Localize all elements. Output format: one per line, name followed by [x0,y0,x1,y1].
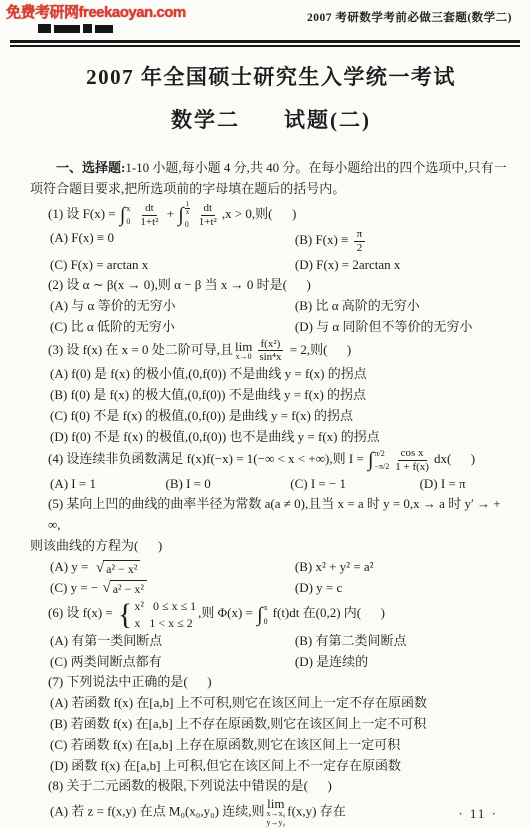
section-instructions: 一、选择题:1-10 小题,每小题 4 分,共 40 分。在每小题给出的四个选项… [30,157,512,199]
option: (B) 若函数 f(x) 在[a,b] 上不存在原函数,则它在该区间上一定不可积 [50,714,512,735]
limit-subscript-line: y→y₀ [266,819,285,828]
option: (D) 与 α 同阶但不等价的无穷小 [295,317,512,338]
option: (A) I = 1 [50,474,166,495]
fraction-numerator: f(x²) [258,338,284,352]
fraction: f(x²)sin⁴x [256,338,284,364]
option: (D) F(x) = 2arctan x [295,255,512,276]
integral-upper-limit: 1x [185,201,193,217]
question-options: (A) I = 1(B) I = 0(C) I = − 1(D) I = π [30,474,512,495]
question: (7) 下列说法中正确的是( )(A) 若函数 f(x) 在[a,b] 上不可积… [30,672,512,776]
exam-subtitle: 数学二 试题(二) [30,104,512,134]
question: (2) 设 α ∼ β(x → 0),则 α − β 当 x → 0 时是( )… [30,275,512,337]
option: (D) 是连续的 [295,652,512,673]
cases-line: x 1 < x ≤ 2 [134,615,196,631]
fraction-numerator: dt [201,202,216,216]
integral-lower-limit: 0 [185,220,193,229]
fraction-denominator: 2 [354,242,366,255]
option: (A) 若 z = f(x,y) 在点 M₀(x₀,y₀) 连续,则limx→x… [50,797,512,828]
header-booklet-title: 2007 考研数学考前必做三套题(数学二) [307,9,512,25]
question: (5) 某向上凹的曲线的曲率半径为常数 a(a ≠ 0),且当 x = a 时 … [30,494,512,598]
fraction-numerator: dt [142,202,157,216]
radicand: a² − x² [103,560,140,576]
option: (B) 比 α 高阶的无穷小 [295,296,512,317]
option: (D) y = c [295,578,512,599]
integral-sign: ∫ [368,450,373,470]
integral-lower-limit: 0 [126,217,134,226]
exam-subject: 数学二 [171,104,240,134]
limit: limx→x₀y→y₀ [266,797,285,828]
option: (C) F(x) = arctan x [50,255,295,276]
radicand: a² − x² [110,580,147,596]
question-options: (A) 有第一类间断点(B) 有第二类间断点(C) 两类间断点都有(D) 是连续… [30,631,512,673]
question-stem: (4) 设连续非负函数满足 f(x)f(−x) = 1(−∞ < x < +∞)… [30,447,512,473]
fraction: 1x [185,201,191,217]
option: (A) 有第一类间断点 [50,631,295,652]
option: (A) 若函数 f(x) 在[a,b] 上不可积,则它在该区间上一定不存在原函数 [50,693,512,714]
exam-title: 2007 年全国硕士研究生入学统一考试 [30,61,512,91]
option: (B) I = 0 [166,474,291,495]
piecewise-cases: {x² 0 ≤ x ≤ 1x 1 < x ≤ 2 [118,598,196,630]
square-root: √a² − x² [96,560,141,577]
question-stem: (3) 设 f(x) 在 x = 0 处二阶可导,且limx→0f(x²)sin… [30,338,512,364]
questions: (1) 设 F(x) = ∫x0dt1+t² + ∫1x0dt1+t²,x > … [30,202,512,828]
question: (8) 关于二元函数的极限,下列说法中错误的是( )(A) 若 z = f(x,… [30,776,512,827]
option: (A) f(0) 是 f(x) 的极小值,(0,f(0)) 不是曲线 y = f… [50,364,512,385]
cases-brace: { [118,603,132,627]
integral-upper-limit: x [264,603,272,612]
question-stem: (2) 设 α ∼ β(x → 0),则 α − β 当 x → 0 时是( ) [30,275,512,296]
option: (B) F(x) ≡ π2 [295,228,512,254]
exam-page: 免费考研网freekaoyan.com 2007 考研数学考前必做三套题(数学二… [0,0,530,828]
exam-paper-number: 试题(二) [284,104,371,134]
option: (C) y = − √a² − x² [50,578,295,599]
integral-limits: x0 [126,206,134,224]
question-stem: (1) 设 F(x) = ∫x0dt1+t² + ∫1x0dt1+t²,x > … [30,202,512,228]
option: (C) f(0) 不是 f(x) 的极值,(0,f(0)) 是曲线 y = f(… [50,406,512,427]
question-options: (A) 与 α 等价的无穷小(B) 比 α 高阶的无穷小(C) 比 α 低阶的无… [30,296,512,338]
page-number: · 11 · [458,806,498,822]
fraction: dt1+t² [137,202,161,228]
question-options: (A) f(0) 是 f(x) 的极小值,(0,f(0)) 不是曲线 y = f… [30,364,512,447]
question: (6) 设 f(x) = {x² 0 ≤ x ≤ 1x 1 < x ≤ 2,则 … [30,598,512,672]
question: (4) 设连续非负函数满足 f(x)f(−x) = 1(−∞ < x < +∞)… [30,447,512,494]
cases-line: x² 0 ≤ x ≤ 1 [134,598,196,614]
option: (A) F(x) ≡ 0 [50,228,295,254]
square-root: √a² − x² [103,580,148,597]
option: (B) x² + y² = a² [295,557,512,578]
fraction-denominator: sin⁴x [256,351,284,364]
fraction: cos x1 + f(x) [392,447,432,473]
question-options: (A) 若函数 f(x) 在[a,b] 上不可积,则它在该区间上一定不存在原函数… [30,693,512,776]
fraction-denominator: x [185,209,191,216]
question: (3) 设 f(x) 在 x = 0 处二阶可导,且limx→0f(x²)sin… [30,338,512,447]
integral: ∫x0 [257,605,271,625]
fraction-denominator: 1+t² [137,216,161,229]
integral-limits: x0 [264,605,272,623]
option: (B) f(0) 是 f(x) 的极大值,(0,f(0)) 不是曲线 y = f… [50,385,512,406]
question-stem: (5) 某向上凹的曲线的曲率半径为常数 a(a ≠ 0),且当 x = a 时 … [30,494,512,536]
header-rule [10,40,520,47]
option: (D) I = π [420,474,512,495]
option: (C) 两类间断点都有 [50,652,295,673]
integral-sign: ∫ [257,605,262,625]
limit-subscript: x→0 [236,353,252,362]
integral-lower-limit: −π/2 [374,462,389,471]
limit: limx→0 [235,340,252,362]
watermark-text: 免费考研网freekaoyan.com [6,1,186,22]
question-stem: (8) 关于二元函数的极限,下列说法中错误的是( ) [30,776,512,797]
question-stem: (6) 设 f(x) = {x² 0 ≤ x ≤ 1x 1 < x ≤ 2,则 … [30,598,512,630]
question-options: (A) 若 z = f(x,y) 在点 M₀(x₀,y₀) 连续,则limx→x… [30,797,512,828]
question-stem: 则该曲线的方程为( ) [30,536,512,557]
option: (C) 若函数 f(x) 在[a,b] 上存在原函数,则它在该区间上一定可积 [50,735,512,756]
fraction-denominator: 1 + f(x) [392,461,432,474]
option: (D) f(0) 不是 f(x) 的极值,(0,f(0)) 也不是曲线 y = … [50,427,512,448]
integral-limits: 1x0 [185,203,193,228]
integral: ∫1x0 [178,203,192,228]
question: (1) 设 F(x) = ∫x0dt1+t² + ∫1x0dt1+t²,x > … [30,202,512,275]
limit-subscript: x→x₀y→y₀ [266,810,285,828]
fraction: dt1+t² [196,202,220,228]
option: (C) I = − 1 [290,474,419,495]
option: (A) y = √a² − x² [50,557,295,578]
integral-sign: ∫ [178,205,183,225]
option: (A) 与 α 等价的无穷小 [50,296,295,317]
section-label: 一、选择题: [56,160,125,175]
integral-sign: ∫ [120,205,125,225]
integral-lower-limit: 0 [264,617,272,626]
option: (D) 函数 f(x) 在[a,b] 上可积,但它在该区间上不一定存在原函数 [50,756,512,777]
fraction: π2 [354,228,366,254]
partial-logo [38,24,124,37]
question-options: (A) y = √a² − x²(B) x² + y² = a²(C) y = … [30,557,512,599]
limit-subscript-line: x→0 [236,353,252,362]
integral-upper-limit: x [126,204,134,213]
fraction-numerator: cos x [398,447,427,461]
question-stem: (7) 下列说法中正确的是( ) [30,672,512,693]
option: (B) 有第二类间断点 [295,631,512,652]
integral: ∫x0 [120,205,134,225]
integral-upper-limit: π/2 [374,449,389,458]
fraction-denominator: 1+t² [196,216,220,229]
integral-limits: π/2−π/2 [374,451,389,469]
option: (C) 比 α 低阶的无穷小 [50,317,295,338]
fraction-numerator: π [354,228,366,242]
cases-lines: x² 0 ≤ x ≤ 1x 1 < x ≤ 2 [134,598,196,630]
question-options: (A) F(x) ≡ 0(B) F(x) ≡ π2(C) F(x) = arct… [30,228,512,275]
page-header: 免费考研网freekaoyan.com 2007 考研数学考前必做三套题(数学二… [30,0,512,40]
integral: ∫π/2−π/2 [368,450,389,470]
